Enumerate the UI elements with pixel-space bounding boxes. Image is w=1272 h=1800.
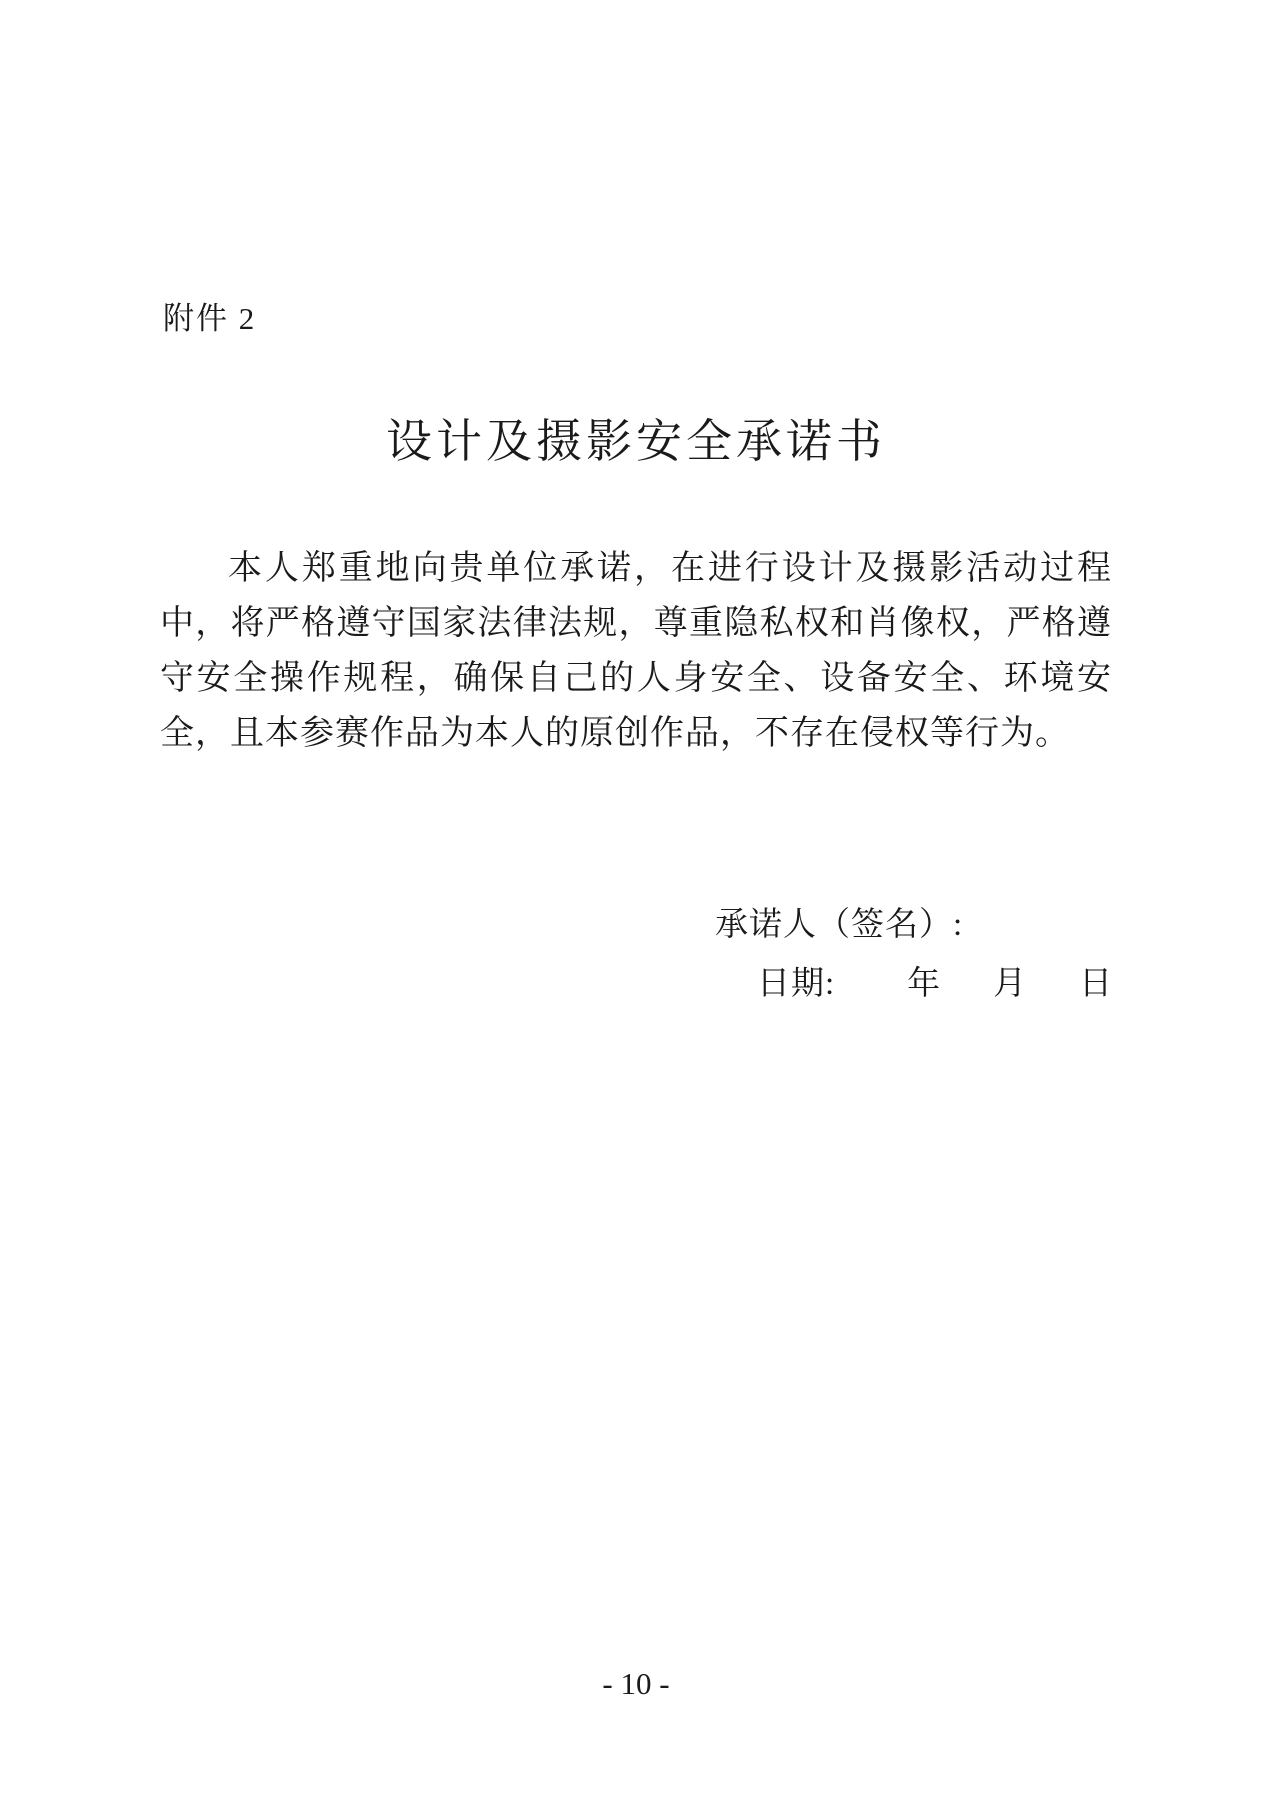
signature-line: 承诺人（签名）: [715, 898, 963, 945]
body-paragraph: 本人郑重地向贵单位承诺，在进行设计及摄影活动过程中，将严格遵守国家法律法规，尊重… [160, 541, 1112, 761]
date-month-label: 月 [993, 966, 1027, 1002]
date-line: 日期:年月日 [757, 957, 1113, 1004]
date-year-label: 年 [907, 966, 941, 1002]
attachment-label: 附件 2 [163, 293, 256, 338]
date-label: 日期: [757, 966, 835, 1002]
page-number: - 10 - [0, 1666, 1272, 1702]
page-title: 设计及摄影安全承诺书 [0, 405, 1272, 471]
date-day-label: 日 [1079, 966, 1113, 1002]
document-page: 附件 2 设计及摄影安全承诺书 本人郑重地向贵单位承诺，在进行设计及摄影活动过程… [0, 0, 1272, 1800]
